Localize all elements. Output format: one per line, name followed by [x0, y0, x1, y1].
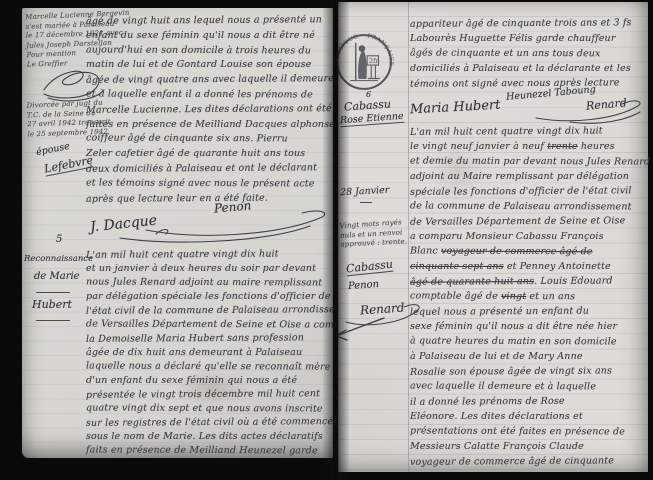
act-title-line2: de Marie [34, 271, 80, 282]
handwritten-line: Labourès Huguette Félis garde chauffeur [410, 31, 644, 46]
handwritten-line: de la commune de Palaiseau arrondissemen… [410, 198, 644, 214]
left-page: Marcelle Lucienne Bergevins'est mariée à… [22, 8, 333, 458]
corrections-note: Vingt mots rayésnuls et un renvoiapprouv… [339, 218, 407, 250]
handwritten-line: domiciliés à Palaiseau et la déclarante … [410, 61, 644, 76]
margin-rule [408, 2, 409, 472]
handwritten-line: il a donné les prénoms de Rose [410, 393, 644, 410]
handwritten-line: sexe féminin qu'il nous a dit être née h… [410, 319, 644, 334]
handwritten-line: l'état civil de la commune de Palaiseau … [86, 303, 332, 319]
spouse-note-line1: épouse [35, 141, 71, 158]
act4-signature-block: Penon J. Dacque [86, 198, 332, 248]
margin-date-note: 28 Janvier [340, 185, 390, 199]
act5-text-block: L'an mil huit cent quatre vingt dix huit… [86, 248, 332, 458]
handwritten-line: laquelle nous a déclaré qu'elle se recon… [86, 359, 332, 374]
handwritten-line: L'an mil huit cent quatre vingt dix huit [410, 123, 644, 140]
renvoi-arrow-icon [326, 312, 388, 346]
handwritten-line: spéciale les fonctions d'officier de l'é… [410, 183, 644, 200]
handwritten-line: adjoint au Maire remplissant par délégat… [410, 169, 644, 184]
act-title-line3: Hubert [32, 298, 72, 311]
handwritten-line: d'un enfant du sexe féminin qui nous a é… [86, 374, 332, 388]
handwritten-line: Blanc voyageur de commerce âgé de [410, 243, 644, 259]
handwritten-line: le vingt neuf janvier à neuf trente heur… [410, 139, 644, 154]
signature-renard-flourish [530, 96, 646, 124]
margin-signature-cabassu: Cabassu [345, 258, 393, 277]
handwritten-line: âgée de vingt quatre ans avec laquelle i… [86, 72, 332, 89]
handwritten-line: à Palaiseau de lui et de Mary Anne [410, 349, 644, 364]
act4-text-block: âgé de vingt huit ans lequel nous a prés… [86, 14, 332, 206]
margin-dash [360, 202, 372, 203]
handwritten-line: et à laquelle enfant il a donné les prén… [86, 87, 332, 103]
margin-dash [36, 292, 70, 293]
handwritten-line: de Versailles Département de Seine et Oi… [86, 317, 332, 332]
handwritten-line: aujourd'hui en son domicile à trois heur… [86, 43, 332, 59]
handwritten-line: sur les registres de l'état civil où a é… [86, 415, 332, 431]
handwritten-line: âgé de quarante huit ans. Louis Edouard [410, 273, 644, 290]
handwritten-line: a comparu Monsieur Cabassu François [410, 229, 644, 244]
handwritten-line: Eléonore. Les dites déclarations et [410, 409, 644, 424]
handwritten-line: deux domiciliés à Palaiseau et ont le dé… [86, 161, 332, 178]
handwritten-line: voyageur de commerce âgé de cinquante [410, 453, 644, 470]
handwritten-line: et demie du matin par devant nous Jules … [410, 153, 644, 169]
handwritten-line: coiffeur âgé de cinquante six ans. Pierr… [86, 132, 332, 148]
handwritten-line: âgés de cinquante et un ans tous deux [410, 45, 644, 61]
act6-text-block: L'an mil huit cent quatre vingt dix huit… [410, 124, 644, 469]
handwritten-line: et les témoins signé avec nous le présen… [86, 176, 332, 192]
handwritten-line: présentée le vingt trois décembre mil hu… [86, 387, 332, 403]
handwritten-line: Messieurs Calatte François Claude [410, 439, 644, 454]
handwritten-line: appariteur âgé de cinquante trois ans et… [410, 15, 644, 32]
signature-renard-flourish [96, 204, 332, 246]
handwritten-line: cinquante sept ans et Penney Antoinette [410, 259, 644, 274]
republique-francaise-stamp-icon: RÉPUBLIQUE FRANÇAISE 2fr [334, 32, 394, 92]
margin-dash [36, 320, 70, 321]
handwritten-line: âgé de vingt huit ans lequel nous a prés… [86, 13, 332, 30]
handwritten-line: à quatre heures du matin en son domicile [410, 333, 644, 349]
handwritten-line: âgée de dix huit ans demeurant à Palaise… [86, 346, 332, 360]
handwritten-line: enfant du sexe féminin qu'il nous a dit … [86, 29, 332, 44]
signature-maria-hubert: Maria Hubert [410, 98, 501, 118]
scanned-register-spread: Marcelle Lucienne Bergevins'est mariée à… [0, 0, 653, 480]
handwritten-line: approuvé : trente. [340, 237, 407, 250]
stamp-value: 2fr [369, 58, 378, 65]
handwritten-line: quatre vingt dix sept et que nous avons … [86, 401, 332, 416]
handwritten-line: Marcelle Lucienne. Les dites déclaration… [86, 102, 332, 119]
handwritten-line: nous Jules Renard adjoint au maire rempl… [86, 275, 332, 290]
handwritten-line: faites en présence de Meilliand Dacques … [86, 118, 332, 133]
handwritten-line: Zeler cafetier âgé de quarante huit ans … [86, 147, 332, 162]
handwritten-line: présentations ont été faites en présence… [410, 423, 644, 439]
handwritten-line: Rosalie son épouse âgée de vingt six ans [410, 363, 644, 380]
handwritten-line: et un janvier à deux heures du soir par … [86, 262, 332, 276]
act-title-line1: Reconnaissance [24, 254, 93, 264]
right-page: RÉPUBLIQUE FRANÇAISE 2fr 6 Cabassu Rose … [338, 2, 648, 472]
handwritten-line: avec laquelle il demeure et à laquelle [410, 378, 644, 394]
act-number-right: 6 [366, 90, 371, 99]
handwritten-line: comptable âgé de vingt et un ans [410, 288, 644, 304]
act5-end-text-block: appariteur âgé de cinquante trois ans et… [410, 16, 644, 91]
handwritten-line: matin de lui et de Gontard Louise son ép… [86, 58, 332, 73]
handwritten-line: par délégation spéciale les fonctions d'… [86, 290, 332, 304]
margin-signature-penon: Penon [348, 279, 380, 292]
handwritten-line: de Versailles Département de Seine et Oi… [410, 213, 644, 230]
act-number-left: 5 [56, 234, 62, 245]
act5-signature-block: Heunezel Taboung Renard Maria Hubert [410, 88, 644, 124]
handwritten-line: faits en présence de Meilliand Heunezel … [86, 443, 332, 458]
handwritten-line: lequel nous a présenté un enfant du [410, 303, 644, 320]
handwritten-line: sous le nom de Marie. Les dits actes déc… [86, 430, 332, 444]
handwritten-line: la Demoiselle Maria Hubert sans professi… [86, 331, 332, 347]
handwritten-line: L'an mil huit cent quatre vingt dix huit [86, 247, 332, 263]
